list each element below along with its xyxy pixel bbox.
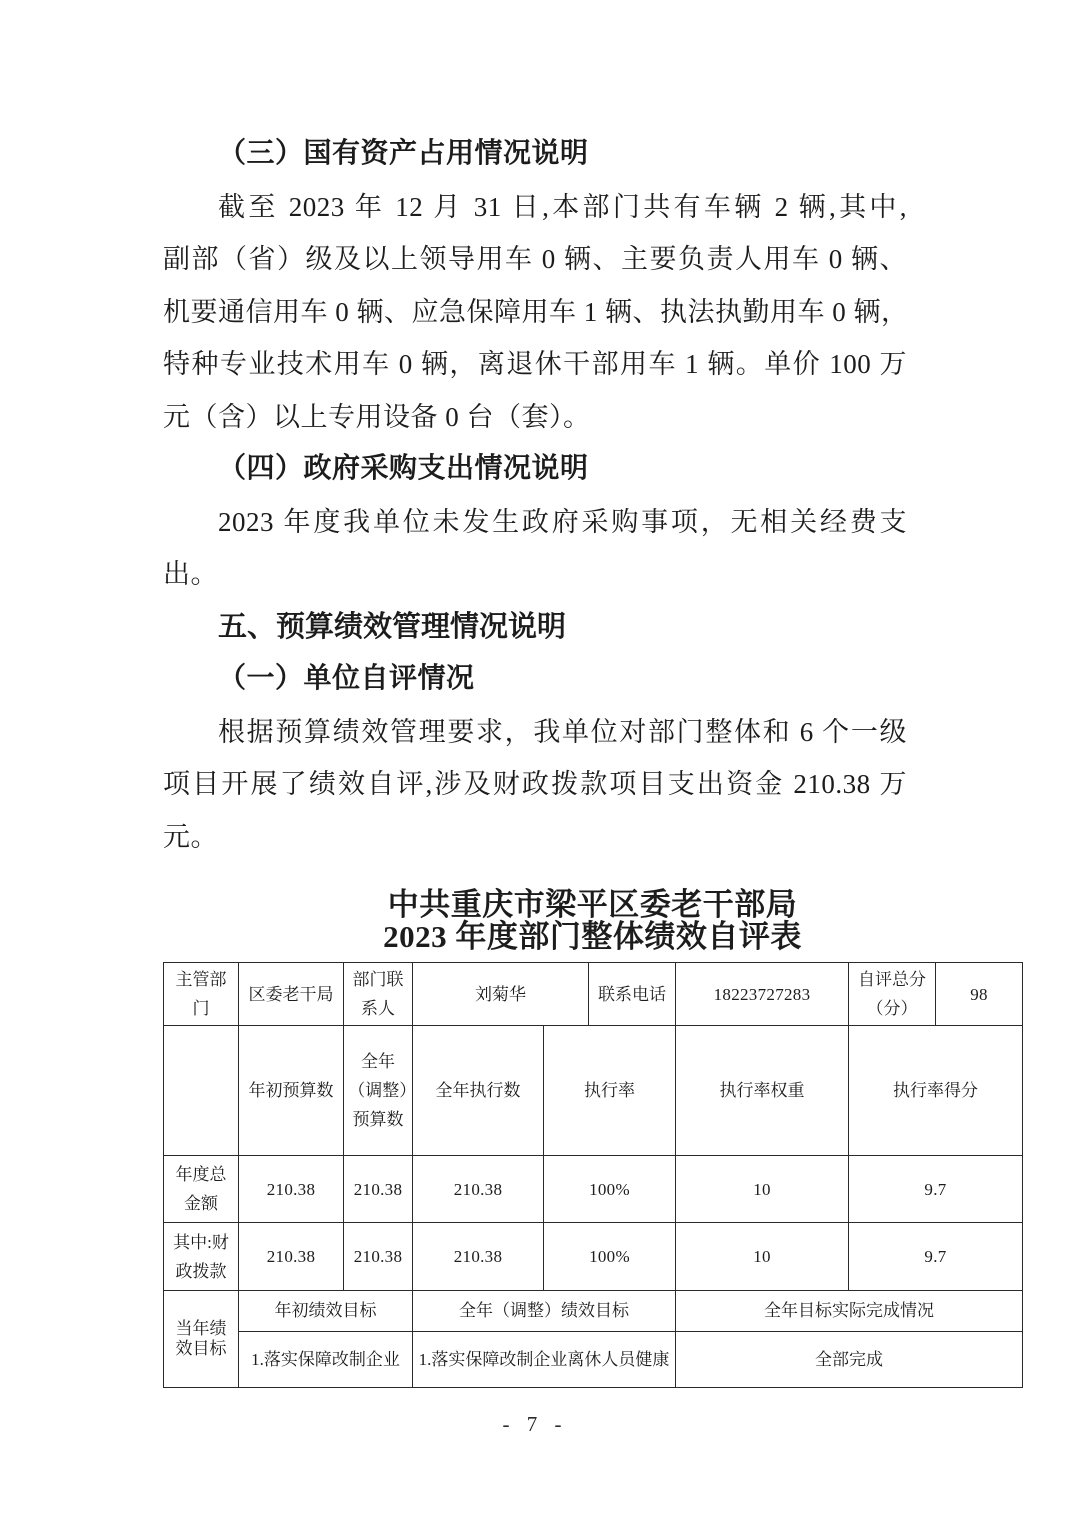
- cell-header-rate-score: 执行率得分: [849, 1026, 1023, 1156]
- text-line: 元。: [163, 811, 907, 864]
- text-line: 2023 年度我单位未发生政府采购事项，无相关经费支: [163, 496, 907, 549]
- text-line: 项目开展了绩效自评,涉及财政拨款项目支出资金 210.38 万: [163, 758, 907, 811]
- heading-section-4: （四）政府采购支出情况说明: [163, 443, 907, 496]
- cell-fiscal-executed: 210.38: [413, 1223, 544, 1291]
- cell-adjusted-goal-value: 1.落实保障改制企业离休人员健康: [413, 1332, 676, 1388]
- cell-current-goal-label: 当年绩效目标: [164, 1291, 239, 1388]
- table-title-line-1: 中共重庆市梁平区委老干部局: [163, 889, 1022, 921]
- self-eval-table: 主管部门 区委老干局 部门联系人 刘菊华 联系电话 18223727283 自评…: [163, 962, 1023, 1388]
- cell-fiscal-rate: 100%: [544, 1223, 676, 1291]
- cell-supervisor-dept-value: 区委老干局: [239, 963, 344, 1026]
- cell-initial-goal-value: 1.落实保障改制企业: [239, 1332, 413, 1388]
- cell-annual-executed: 210.38: [413, 1156, 544, 1223]
- table-row: 其中:财政拨款 210.38 210.38 210.38 100% 10 9.7: [164, 1223, 1023, 1291]
- cell-supervisor-dept-label: 主管部门: [164, 963, 239, 1026]
- heading-section-5: 五、预算绩效管理情况说明: [163, 601, 907, 654]
- cell-header-rate-weight: 执行率权重: [676, 1026, 849, 1156]
- cell-annual-initial: 210.38: [239, 1156, 344, 1223]
- heading-section-5-1: （一）单位自评情况: [163, 653, 907, 706]
- cell-fiscal-weight: 10: [676, 1223, 849, 1291]
- cell-header-execution-rate: 执行率: [544, 1026, 676, 1156]
- cell-fiscal-score: 9.7: [849, 1223, 1023, 1291]
- cell-annual-score: 9.7: [849, 1156, 1023, 1223]
- cell-annual-total-label: 年度总金额: [164, 1156, 239, 1223]
- cell-fiscal-initial: 210.38: [239, 1223, 344, 1291]
- text-line: 机要通信用车 0 辆、应急保障用车 1 辆、执法执勤用车 0 辆，: [163, 286, 907, 339]
- cell-annual-rate: 100%: [544, 1156, 676, 1223]
- para-state-assets: 截至 2023 年 12 月 31 日,本部门共有车辆 2 辆,其中, 副部（省…: [163, 181, 907, 444]
- cell-header-initial-goal: 年初绩效目标: [239, 1291, 413, 1332]
- cell-header-executed: 全年执行数: [413, 1026, 544, 1156]
- cell-header-initial-budget: 年初预算数: [239, 1026, 344, 1156]
- table-title: 中共重庆市梁平区委老干部局 2023 年度部门整体绩效自评表: [163, 889, 1022, 953]
- cell-empty: [164, 1026, 239, 1156]
- cell-self-score-value: 98: [936, 963, 1023, 1026]
- cell-phone-value: 18223727283: [676, 963, 849, 1026]
- table-row: 年初预算数 全年（调整）预算数 全年执行数 执行率 执行率权重 执行率得分: [164, 1026, 1023, 1156]
- text-line: 特种专业技术用车 0 辆，离退休干部用车 1 辆。单价 100 万: [163, 338, 907, 391]
- heading-section-3: （三）国有资产占用情况说明: [163, 128, 907, 181]
- cell-annual-adjusted: 210.38: [344, 1156, 413, 1223]
- table-title-line-2: 2023 年度部门整体绩效自评表: [163, 921, 1022, 953]
- self-eval-table-block: 中共重庆市梁平区委老干部局 2023 年度部门整体绩效自评表 主管部门 区委老干…: [163, 889, 1022, 1388]
- para-gov-procurement: 2023 年度我单位未发生政府采购事项，无相关经费支 出。: [163, 496, 907, 601]
- table-row: 主管部门 区委老干局 部门联系人 刘菊华 联系电话 18223727283 自评…: [164, 963, 1023, 1026]
- document-page: （三）国有资产占用情况说明 截至 2023 年 12 月 31 日,本部门共有车…: [0, 0, 1075, 1520]
- page-number: - 7 -: [163, 1412, 907, 1437]
- doc-body: （三）国有资产占用情况说明 截至 2023 年 12 月 31 日,本部门共有车…: [163, 0, 907, 863]
- table-row: 1.落实保障改制企业 1.落实保障改制企业离休人员健康 全部完成: [164, 1332, 1023, 1388]
- table-row: 当年绩效目标 年初绩效目标 全年（调整）绩效目标 全年目标实际完成情况: [164, 1291, 1023, 1332]
- table-row: 年度总金额 210.38 210.38 210.38 100% 10 9.7: [164, 1156, 1023, 1223]
- cell-header-adjusted-budget: 全年（调整）预算数: [344, 1026, 413, 1156]
- cell-goal-completion-value: 全部完成: [676, 1332, 1023, 1388]
- cell-header-adjusted-goal: 全年（调整）绩效目标: [413, 1291, 676, 1332]
- cell-phone-label: 联系电话: [589, 963, 676, 1026]
- text-line: 副部（省）级及以上领导用车 0 辆、主要负责人用车 0 辆、: [163, 233, 907, 286]
- cell-header-goal-completion: 全年目标实际完成情况: [676, 1291, 1023, 1332]
- para-self-evaluation: 根据预算绩效管理要求，我单位对部门整体和 6 个一级 项目开展了绩效自评,涉及财…: [163, 706, 907, 864]
- text-line: 截至 2023 年 12 月 31 日,本部门共有车辆 2 辆,其中,: [163, 181, 907, 234]
- text-line: 根据预算绩效管理要求，我单位对部门整体和 6 个一级: [163, 706, 907, 759]
- cell-fiscal-label: 其中:财政拨款: [164, 1223, 239, 1291]
- cell-contact-person-value: 刘菊华: [413, 963, 589, 1026]
- cell-fiscal-adjusted: 210.38: [344, 1223, 413, 1291]
- text-line: 出。: [163, 548, 907, 601]
- cell-self-score-label: 自评总分（分）: [849, 963, 936, 1026]
- cell-annual-weight: 10: [676, 1156, 849, 1223]
- text-line: 元（含）以上专用设备 0 台（套）。: [163, 391, 907, 444]
- cell-contact-person-label: 部门联系人: [344, 963, 413, 1026]
